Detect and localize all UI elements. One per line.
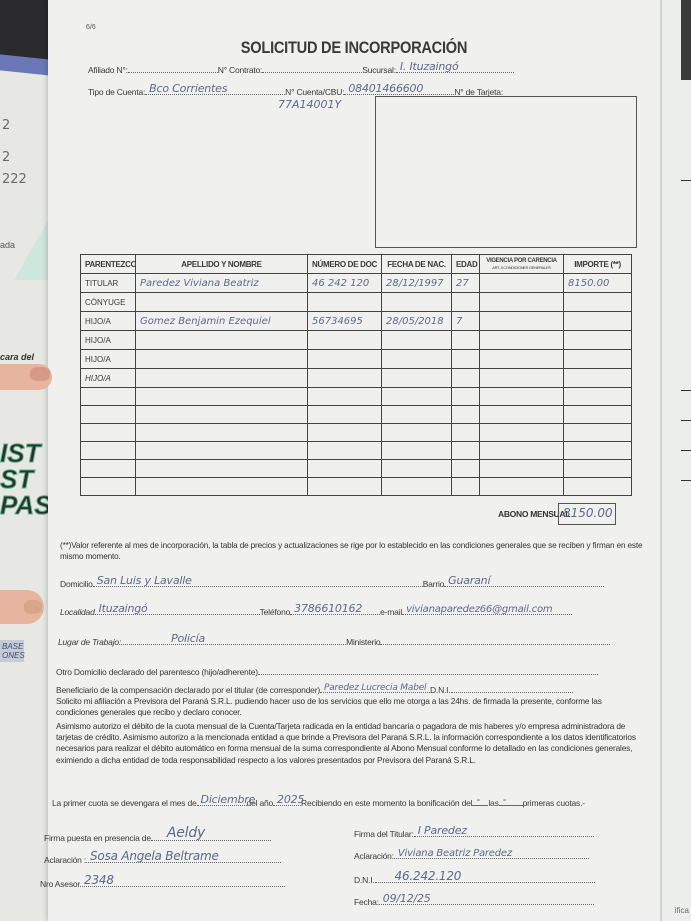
- dni-row: D.N.I.46.242.120: [354, 874, 595, 885]
- fingernail: [30, 367, 50, 381]
- table-row: [81, 424, 632, 442]
- aclaracion-asesor-row: Aclaración :Sosa Angela Beltrame: [44, 854, 281, 865]
- background-poster: IST ST PAS: [0, 440, 36, 518]
- localidad-field[interactable]: Ituzaingó: [95, 606, 260, 615]
- fecha-row: Fecha:09/12/25: [354, 896, 594, 907]
- cell-parentezco: [81, 406, 136, 424]
- cell-fecha[interactable]: [382, 460, 452, 478]
- background-base-label: BASE ONES: [0, 640, 24, 662]
- form-sheet: 6/6 SOLICITUD DE INCORPORACIÓN Afiliado …: [48, 0, 660, 921]
- cell-edad[interactable]: [452, 424, 480, 442]
- cell-doc[interactable]: [308, 388, 382, 406]
- col-importe: IMPORTE (**): [564, 255, 632, 274]
- background-text-fragment: cara del: [0, 352, 34, 362]
- page-number: 6/6: [86, 24, 96, 31]
- cell-fecha[interactable]: [382, 478, 452, 496]
- table-row: CÓNYUGE: [81, 293, 632, 312]
- background-line: [681, 420, 691, 421]
- background-right-sheet: [661, 0, 691, 921]
- cell-vigencia[interactable]: [480, 312, 564, 331]
- cell-vigencia[interactable]: [480, 478, 564, 496]
- table-row: [81, 460, 632, 478]
- cell-vigencia[interactable]: [480, 424, 564, 442]
- beneficiario-field[interactable]: Paredez Lucrecia Mabel: [320, 684, 430, 693]
- cell-vigencia[interactable]: [480, 369, 564, 388]
- cell-vigencia[interactable]: [480, 406, 564, 424]
- cell-nombre[interactable]: [136, 424, 308, 442]
- cell-doc[interactable]: [308, 460, 382, 478]
- tipo-cuenta-field[interactable]: Bco Corrientes: [145, 86, 285, 95]
- cell-vigencia[interactable]: [480, 442, 564, 460]
- abono-value[interactable]: 8150.00: [558, 503, 616, 525]
- cell-vigencia[interactable]: [480, 274, 564, 293]
- ministerio-field[interactable]: [380, 636, 610, 645]
- col-parentezco: PARENTEZCO: [81, 255, 136, 274]
- cell-vigencia[interactable]: [480, 293, 564, 312]
- telefono-field[interactable]: 3786610162: [290, 606, 380, 615]
- cell-fecha[interactable]: 28/05/2018: [382, 312, 452, 331]
- cell-nombre[interactable]: [136, 406, 308, 424]
- cell-importe[interactable]: [564, 350, 632, 369]
- cell-fecha[interactable]: [382, 369, 452, 388]
- cell-nombre[interactable]: [136, 460, 308, 478]
- cell-fecha[interactable]: 28/12/1997: [382, 274, 452, 293]
- background-line: [681, 180, 691, 181]
- cuenta-cbu-extra: 77A14001Y: [278, 98, 341, 111]
- cell-importe[interactable]: [564, 478, 632, 496]
- cell-doc[interactable]: [308, 442, 382, 460]
- cell-importe[interactable]: 8150.00: [564, 274, 632, 293]
- cell-parentezco: [81, 424, 136, 442]
- cell-parentezco: HIJO/A: [81, 369, 136, 388]
- contrato-field[interactable]: [262, 64, 362, 73]
- form-title: SOLICITUD DE INCORPORACIÓN: [91, 38, 617, 58]
- table-row: HIJO/A: [81, 350, 632, 369]
- cell-edad[interactable]: [452, 478, 480, 496]
- trabajo-field[interactable]: Policía: [121, 636, 346, 645]
- cell-nombre[interactable]: [136, 293, 308, 312]
- cell-vigencia[interactable]: [480, 331, 564, 350]
- autorizo-paragraph: Asimismo autorizo el débito de la cuota …: [56, 721, 646, 766]
- cell-vigencia[interactable]: [480, 350, 564, 369]
- cell-doc[interactable]: [308, 478, 382, 496]
- table-row: HIJO/AGomez Benjamin Ezequiel5673469528/…: [81, 312, 632, 331]
- cell-nombre[interactable]: [136, 331, 308, 350]
- footnote: (**)Valor referente al mes de incorporac…: [60, 540, 650, 562]
- header-row-1: Afiliado N°:N° Contrato:Sucursal:I. Ituz…: [88, 64, 514, 75]
- sucursal-field[interactable]: I. Ituzaingó: [396, 64, 514, 73]
- mes-field[interactable]: Diciembre: [197, 797, 247, 806]
- cell-nombre[interactable]: [136, 442, 308, 460]
- beneficiario-row: Beneficiario de la compensación declarad…: [56, 684, 573, 695]
- table-row: TITULARParedez Viviana Beatriz46 242 120…: [81, 274, 632, 293]
- cell-fecha[interactable]: [382, 442, 452, 460]
- cell-importe[interactable]: [564, 293, 632, 312]
- background-text-fragment: ifica: [675, 906, 689, 915]
- cell-parentezco: [81, 388, 136, 406]
- cell-doc[interactable]: 46 242 120: [308, 274, 382, 293]
- beneficiario-dni-field[interactable]: [451, 684, 573, 693]
- presencia-signature[interactable]: Aeldy: [151, 832, 271, 841]
- fecha-field[interactable]: 09/12/25: [379, 896, 594, 905]
- col-fecha: FECHA DE NAC.: [382, 255, 452, 274]
- cell-parentezco: [81, 460, 136, 478]
- cell-doc[interactable]: [308, 350, 382, 369]
- asesor-field[interactable]: 2348: [80, 878, 285, 887]
- cell-fecha[interactable]: [382, 406, 452, 424]
- cell-doc[interactable]: [308, 331, 382, 350]
- cell-edad[interactable]: [452, 350, 480, 369]
- cell-fecha[interactable]: [382, 350, 452, 369]
- table-row: [81, 478, 632, 496]
- col-nombre: APELLIDO Y NOMBRE: [136, 255, 308, 274]
- cell-parentezco: HIJO/A: [81, 331, 136, 350]
- cell-nombre[interactable]: [136, 478, 308, 496]
- cell-parentezco: TITULAR: [81, 274, 136, 293]
- col-vigencia: VIGENCIA POR CARENCIAART. 4 CONDICIONES …: [480, 255, 564, 274]
- aclaracion-titular-field[interactable]: Viviana Beatriz Paredez: [394, 850, 589, 859]
- cell-parentezco: [81, 442, 136, 460]
- localidad-row: LocalidadItuzaingóTeléfono3786610162e-ma…: [60, 606, 572, 617]
- background-doodle: 222: [2, 172, 27, 187]
- afiliado-field[interactable]: [128, 64, 218, 73]
- background-doodle: 2: [2, 118, 10, 133]
- bonif-from-field[interactable]: -: [472, 797, 488, 806]
- cell-doc[interactable]: [308, 424, 382, 442]
- cell-edad[interactable]: 7: [452, 312, 480, 331]
- otro-domicilio-row: Otro Domicilio declarado del parentesco …: [56, 666, 598, 677]
- table-row: HIJO/A: [81, 369, 632, 388]
- domicilio-row: DomicilioSan Luis y LavalleBarrioGuaraní: [60, 578, 604, 589]
- bonif-to-field[interactable]: -: [499, 797, 523, 806]
- cell-fecha[interactable]: [382, 424, 452, 442]
- cell-fecha[interactable]: [382, 293, 452, 312]
- presencia-row: Firma puesta en presencia deAeldy: [44, 832, 271, 843]
- cell-vigencia[interactable]: [480, 388, 564, 406]
- cell-parentezco: CÓNYUGE: [81, 293, 136, 312]
- background-line: [681, 480, 691, 481]
- cell-edad[interactable]: [452, 293, 480, 312]
- col-doc: NÚMERO DE DOC: [308, 255, 382, 274]
- barrio-field[interactable]: Guaraní: [444, 578, 604, 587]
- table-row: [81, 442, 632, 460]
- cell-doc[interactable]: [308, 406, 382, 424]
- fingernail: [24, 600, 42, 614]
- cell-fecha[interactable]: [382, 331, 452, 350]
- cell-importe[interactable]: [564, 460, 632, 478]
- asesor-row: Nro Asesor2348: [40, 878, 285, 889]
- cell-parentezco: HIJO/A: [81, 312, 136, 331]
- cell-edad[interactable]: [452, 460, 480, 478]
- cell-nombre[interactable]: [136, 388, 308, 406]
- cuenta-cbu-field[interactable]: 08401466600: [344, 86, 454, 95]
- cell-edad[interactable]: 27: [452, 274, 480, 293]
- titular-signature[interactable]: I Paredez: [414, 828, 594, 837]
- cell-importe[interactable]: [564, 331, 632, 350]
- cell-importe[interactable]: [564, 442, 632, 460]
- email-field[interactable]: vivianaparedez66@gmail.com: [402, 606, 572, 615]
- cell-edad[interactable]: [452, 388, 480, 406]
- cell-parentezco: HIJO/A: [81, 350, 136, 369]
- cell-parentezco: [81, 478, 136, 496]
- dni-field[interactable]: 46.242.120: [375, 874, 595, 883]
- aclaracion-titular-row: Aclaración:Viviana Beatriz Paredez: [354, 850, 589, 861]
- otro-domicilio-field[interactable]: [258, 666, 598, 675]
- primer-cuota-row: La primer cuota se devengara el mes deDi…: [52, 797, 585, 808]
- cell-edad[interactable]: [452, 406, 480, 424]
- cell-doc[interactable]: 56734695: [308, 312, 382, 331]
- table-header-row: PARENTEZCO APELLIDO Y NOMBRE NÚMERO DE D…: [81, 255, 632, 274]
- background-line: [681, 390, 691, 391]
- cell-importe[interactable]: [564, 406, 632, 424]
- background-right-dark: [681, 0, 691, 80]
- cell-edad[interactable]: [452, 331, 480, 350]
- background-text-fragment: ada: [0, 240, 15, 250]
- background-doodle: 2: [2, 150, 10, 165]
- domicilio-field[interactable]: San Luis y Lavalle: [93, 578, 423, 587]
- anio-field[interactable]: 2025: [273, 797, 301, 806]
- table-row: [81, 406, 632, 424]
- cell-fecha[interactable]: [382, 388, 452, 406]
- cell-nombre[interactable]: Paredez Viviana Beatriz: [136, 274, 308, 293]
- trabajo-row: Lugar de Trabajo:PolicíaMinisterio: [58, 636, 610, 647]
- table-row: HIJO/A: [81, 331, 632, 350]
- photo-box: [375, 96, 637, 248]
- titular-row: Firma del Titular:I Paredez: [354, 828, 594, 839]
- cell-doc[interactable]: [308, 293, 382, 312]
- cell-doc[interactable]: [308, 369, 382, 388]
- cell-edad[interactable]: [452, 442, 480, 460]
- cell-nombre[interactable]: [136, 369, 308, 388]
- background-line: [681, 450, 691, 451]
- cell-nombre[interactable]: [136, 350, 308, 369]
- cell-importe[interactable]: [564, 388, 632, 406]
- cell-nombre[interactable]: Gomez Benjamin Ezequiel: [136, 312, 308, 331]
- cell-importe[interactable]: [564, 424, 632, 442]
- cell-importe[interactable]: [564, 369, 632, 388]
- aclaracion-asesor-field[interactable]: Sosa Angela Beltrame: [86, 854, 281, 863]
- family-table: PARENTEZCO APELLIDO Y NOMBRE NÚMERO DE D…: [80, 254, 632, 496]
- cell-importe[interactable]: [564, 312, 632, 331]
- table-row: [81, 388, 632, 406]
- cell-vigencia[interactable]: [480, 460, 564, 478]
- solicito-paragraph: Solicito mi afiliación a Previsora del P…: [56, 696, 646, 718]
- cell-edad[interactable]: [452, 369, 480, 388]
- col-edad: EDAD: [452, 255, 480, 274]
